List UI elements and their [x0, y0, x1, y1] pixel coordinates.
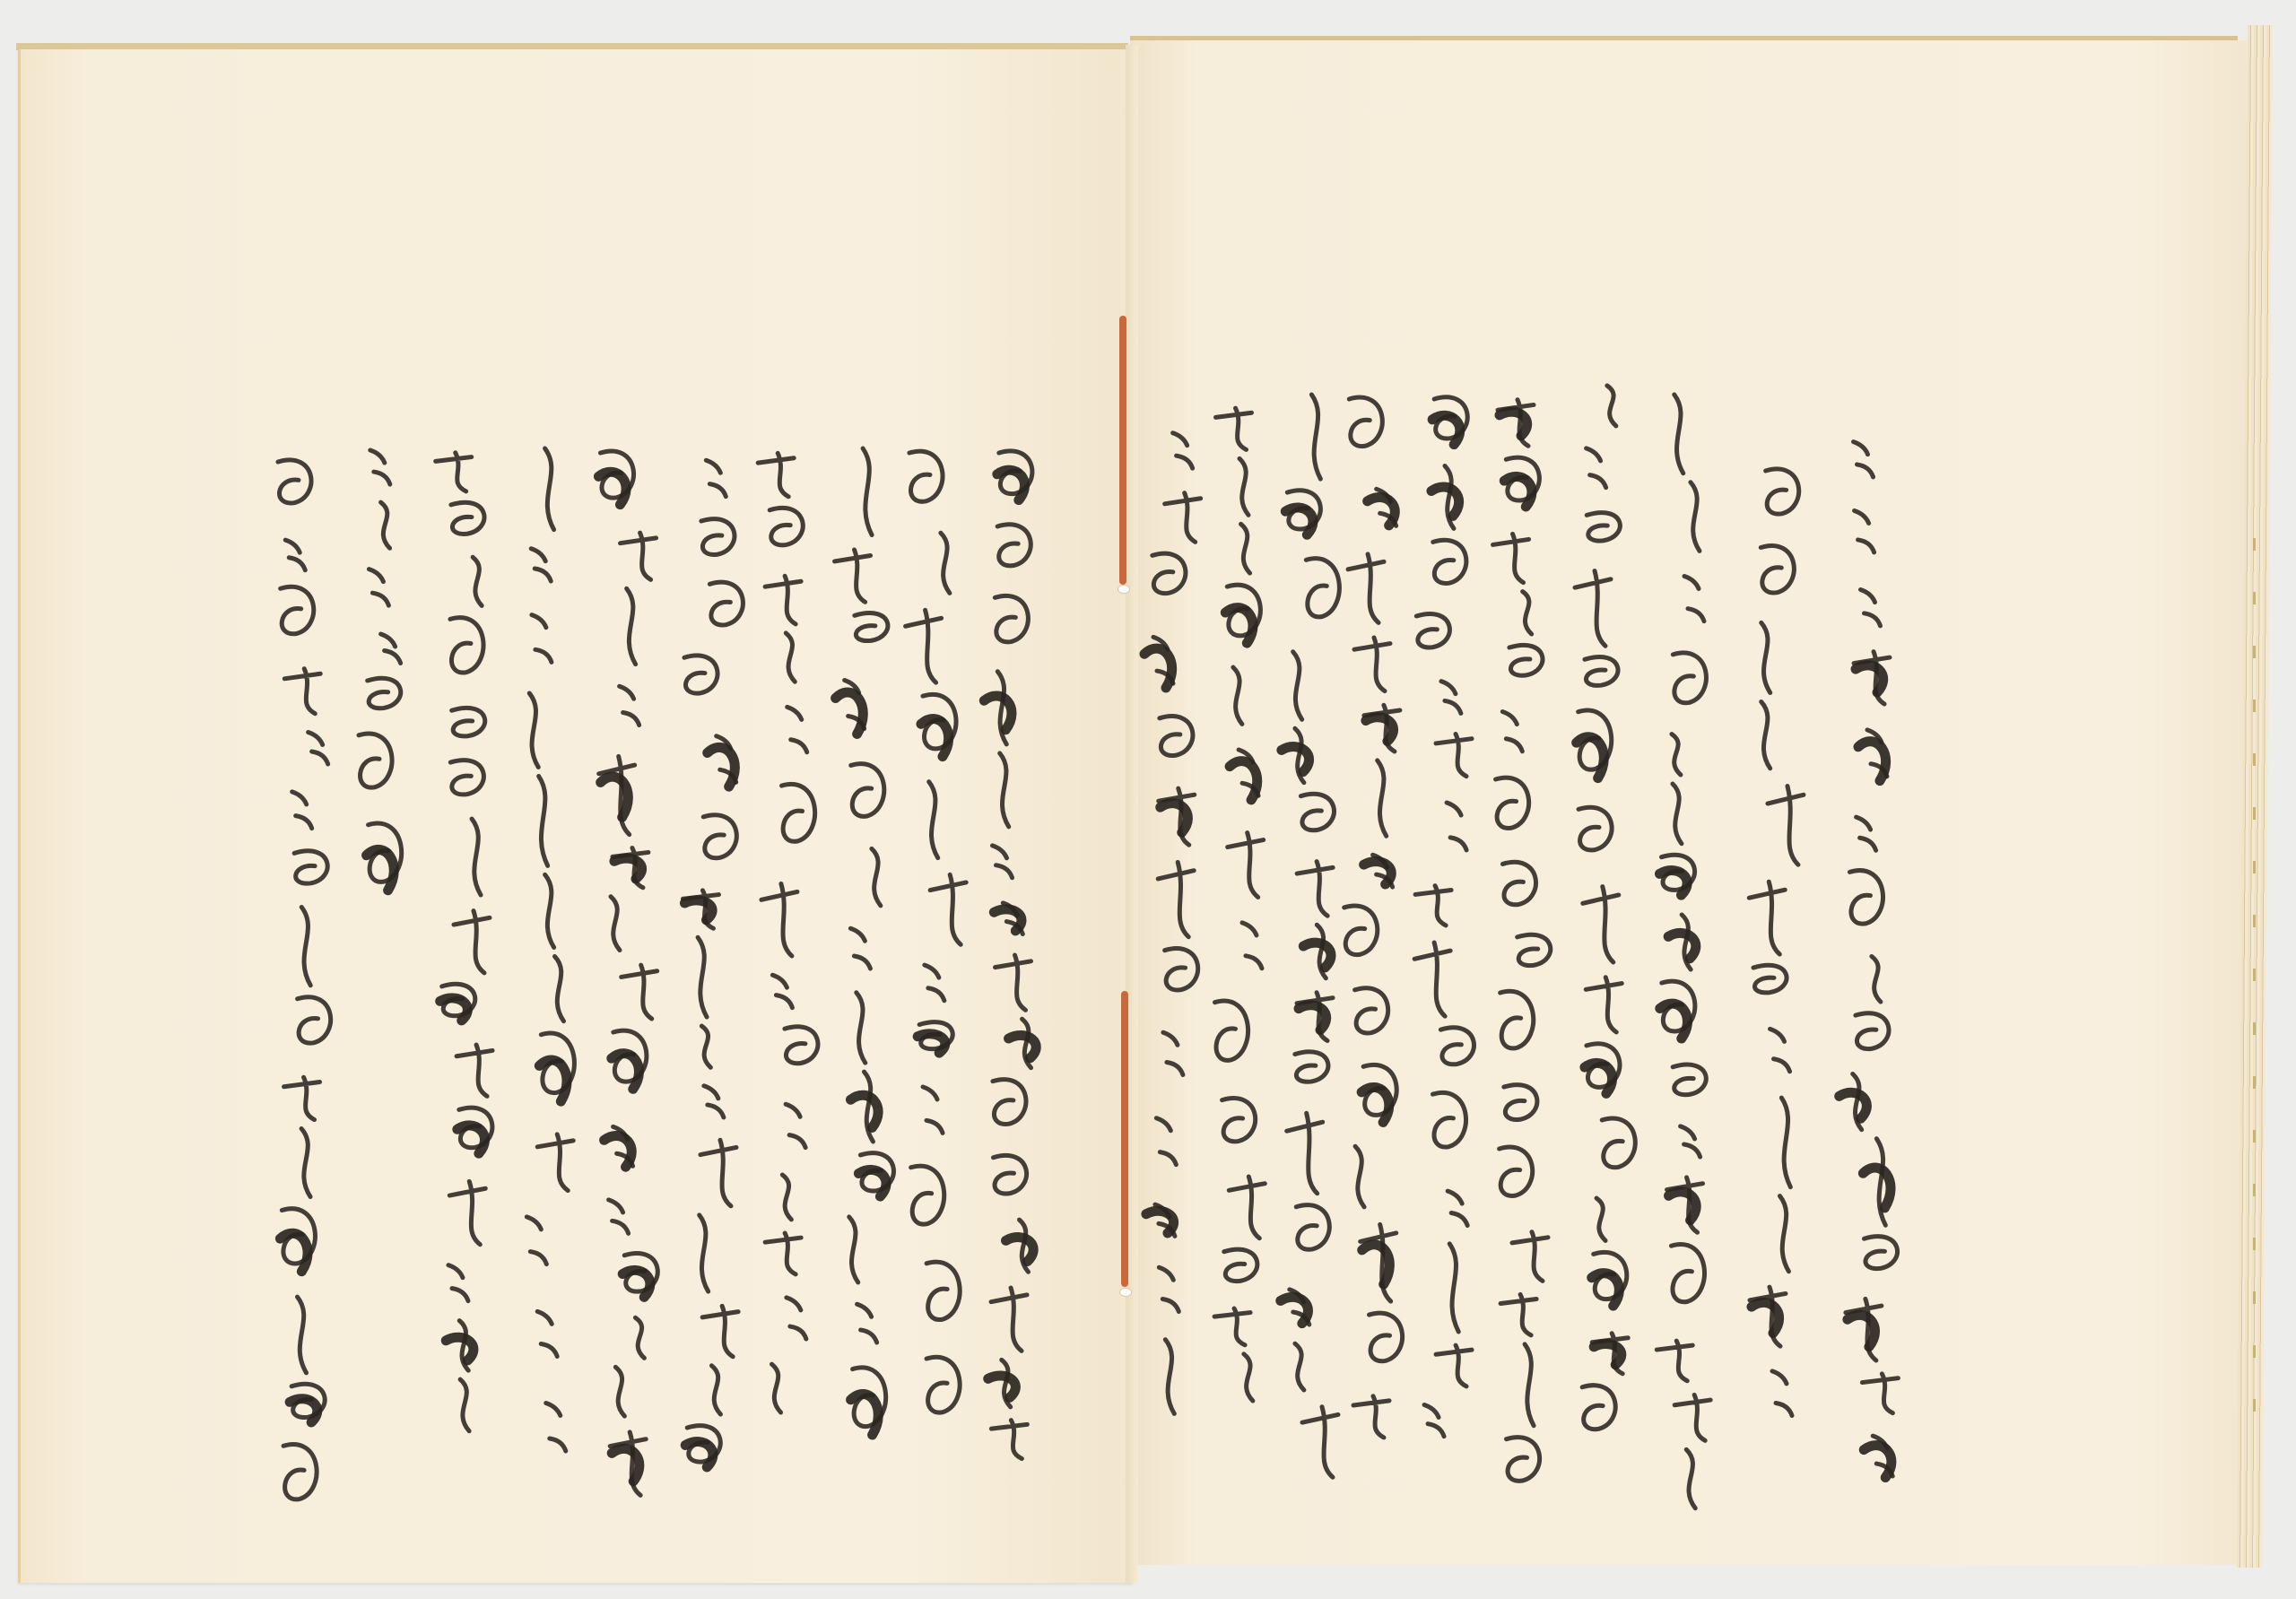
binding-hole-top [1118, 585, 1130, 594]
brush-strokes [430, 448, 502, 1435]
open-book: わつたのうるみしりやさうしと思ふて つもみなくしらまんにうちめかり ときはけのさ… [0, 0, 2296, 1599]
brush-strokes [1570, 386, 1641, 1453]
brush-strokes [1489, 395, 1561, 1489]
binding-hole-bottom [1119, 1288, 1132, 1297]
calligraphy-column: あんやきくへんかうひけりいらこうきめのて [753, 448, 825, 1447]
calligraphy-column: ワり世くといえうつうわれしとしまなつひまる [269, 457, 341, 1492]
book-gutter [1126, 45, 1138, 1583]
binding-thread-bottom [1121, 991, 1128, 1287]
calligraphy-column: わつたのうるみしりやさうしと思ふて [1834, 430, 1906, 1483]
calligraphy-column: とりあるのひらみきさえ人のわりん心 [1139, 421, 1211, 1394]
brush-strokes [901, 448, 973, 1453]
calligraphy-column: いうりわおりそうしちろうかにいうくとけく [830, 448, 901, 1447]
brush-strokes [1650, 395, 1722, 1480]
calligraphy-column: ときおもよつてくしまれいうきとなり [1489, 395, 1561, 1492]
brush-strokes [1408, 395, 1480, 1453]
calligraphy-column: えおつのもさしりし [341, 439, 413, 909]
calligraphy-column: ひとくのゆりてみつうはれあきさのへつり [978, 448, 1049, 1474]
brush-strokes [1206, 404, 1278, 1399]
calligraphy-column: ときはけのさこのかくとしまむをおもふらん [1650, 395, 1722, 1483]
brush-strokes [1834, 430, 1906, 1480]
brush-strokes [269, 457, 341, 1489]
brush-strokes [511, 448, 583, 1444]
calligraphy-column: せこうくころのお花きてうててこゑれしおつ [511, 448, 583, 1447]
fore-edge-marks [2253, 538, 2256, 1435]
brush-strokes [1139, 421, 1211, 1390]
calligraphy-column: こちかりすうさうむりうさ立よりいねわり [901, 448, 973, 1456]
brush-strokes [1740, 466, 1812, 1426]
calligraphy-column: なおそのふいうすつのうみあかりけ給 [1274, 395, 1345, 1438]
brush-strokes [978, 448, 1049, 1471]
calligraphy-column: きされつ人へりきるあやきぬうそあきれの [430, 448, 502, 1438]
calligraphy-column: うひわりさていさきへつものうらぬわり [1206, 404, 1278, 1403]
binding-thread-top [1119, 316, 1126, 585]
brush-strokes [1336, 395, 1408, 1444]
brush-strokes [677, 448, 749, 1453]
brush-strokes [830, 448, 901, 1444]
calligraphy-column: つもみなくしらまんにうちめかり [1740, 466, 1812, 1430]
brush-strokes [753, 448, 825, 1444]
brush-strokes [341, 439, 413, 906]
calligraphy-column: さんあやめうとしいうひけつらのれ [1570, 386, 1641, 1456]
calligraphy-column: こうすりきこめたりたくしえあすみえり [1336, 395, 1408, 1447]
calligraphy-column: つうわうをめのうたつてけつうつ水い [592, 448, 664, 1456]
brush-strokes [592, 448, 664, 1453]
brush-strokes [1274, 395, 1345, 1435]
calligraphy-column: りてあふのすをとしわつすりこうけをる [1408, 395, 1480, 1456]
calligraphy-column: よわうきのかかさいわててきうこいつてさる [677, 448, 749, 1456]
